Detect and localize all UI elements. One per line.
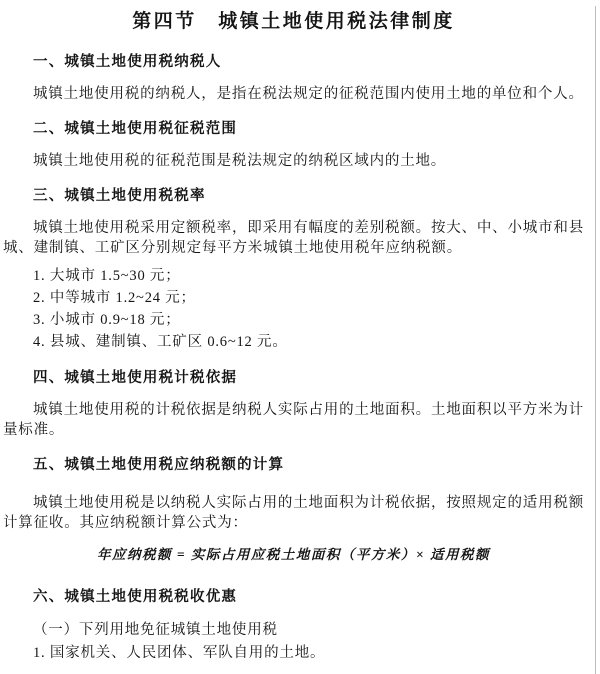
section-paragraph-5: 城镇土地使用税是以纳税人实际占用的土地面积为计税依据，按照规定的适用税额计算征收… — [3, 493, 584, 533]
tax-formula: 年应纳税额 = 实际占用应税土地面积（平方米）× 适用税额 — [3, 546, 584, 563]
tax-rate-list: 1. 大城市 1.5~30 元； 2. 中等城市 1.2~24 元； 3. 小城… — [33, 265, 584, 353]
section-paragraph-1: 城镇土地使用税的纳税人，是指在税法规定的征税范围内使用土地的单位和个人。 — [3, 84, 584, 104]
section-paragraph-2: 城镇土地使用税的征税范围是税法规定的纳税区域内的土地。 — [3, 151, 584, 171]
section-heading-3: 三、城镇土地使用税税率 — [33, 188, 584, 204]
section-heading-5: 五、城镇土地使用税应纳税额的计算 — [33, 457, 584, 473]
rate-list-item: 2. 中等城市 1.2~24 元； — [33, 287, 584, 309]
rate-list-item: 4. 县城、建制镇、工矿区 0.6~12 元。 — [33, 331, 584, 353]
section-paragraph-3: 城镇土地使用税采用定额税率，即采用有幅度的差别税额。按大、中、小城市和县城、建制… — [3, 218, 584, 258]
document-page: 第四节 城镇土地使用税法律制度 一、城镇土地使用税纳税人 城镇土地使用税的纳税人… — [0, 6, 600, 674]
rate-list-item: 1. 大城市 1.5~30 元； — [33, 265, 584, 287]
section-6-lines: （一）下列用地免征城镇土地使用税 1. 国家机关、人民团体、军队自用的土地。 — [33, 619, 584, 664]
section-paragraph-4: 城镇土地使用税的计税依据是纳税人实际占用的土地面积。土地面积以平方米为计量标准。 — [3, 400, 584, 440]
exemption-list-item: 1. 国家机关、人民团体、军队自用的土地。 — [33, 642, 584, 665]
page-right-border — [595, 6, 596, 674]
subsection-heading: （一）下列用地免征城镇土地使用税 — [33, 619, 584, 642]
rate-list-item: 3. 小城市 0.9~18 元； — [33, 309, 584, 331]
section-heading-1: 一、城镇土地使用税纳税人 — [33, 54, 584, 70]
section-heading-6: 六、城镇土地使用税税收优惠 — [33, 589, 584, 605]
page-title: 第四节 城镇土地使用税法律制度 — [3, 6, 584, 33]
section-heading-4: 四、城镇土地使用税计税依据 — [33, 370, 584, 386]
section-heading-2: 二、城镇土地使用税征税范围 — [33, 121, 584, 137]
document-content: 第四节 城镇土地使用税法律制度 一、城镇土地使用税纳税人 城镇土地使用税的纳税人… — [0, 6, 600, 664]
